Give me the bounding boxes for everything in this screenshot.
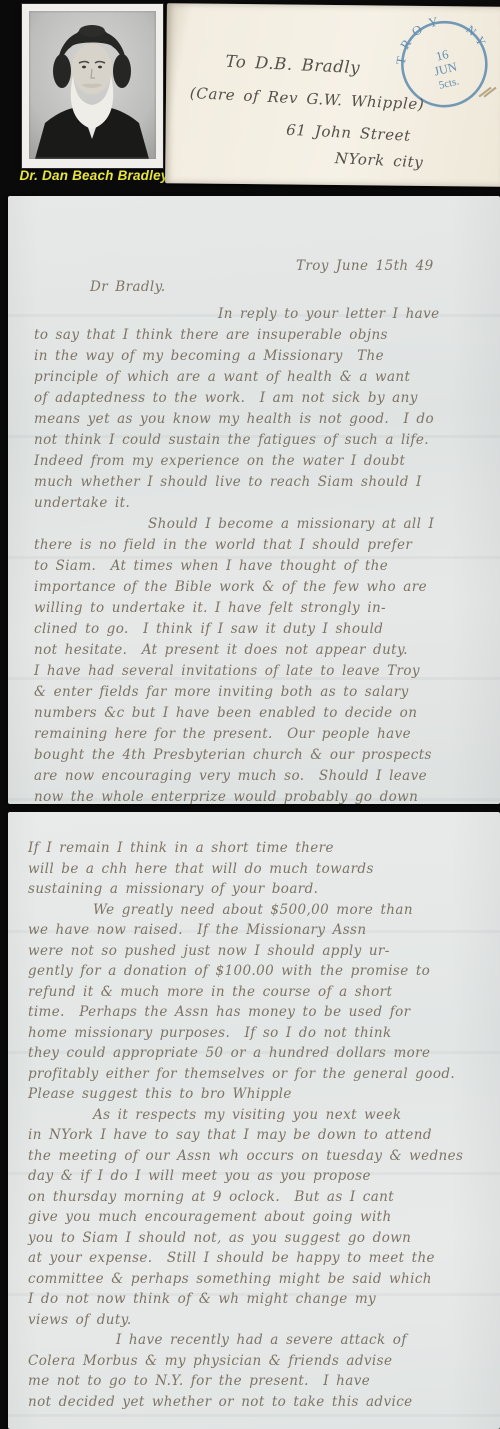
letter-line: willing to undertake it. I have felt str… <box>34 598 500 619</box>
letter-line: in the way of my becoming a Missionary T… <box>34 346 500 367</box>
letter-line: me not to go to N.Y. for the present. I … <box>28 1371 500 1392</box>
portrait-illustration <box>29 11 156 159</box>
letter-line: of adaptedness to the work. I am not sic… <box>34 388 500 409</box>
portrait-photo <box>22 4 163 168</box>
letter-line: sustaining a missionary of your board. <box>28 879 500 900</box>
letter-line: in NYork I have to say that I may be dow… <box>28 1125 500 1146</box>
letter-line: will be a chh here that will do much tow… <box>28 859 500 880</box>
letter-line: In reply to your letter I have <box>218 304 500 325</box>
letter-line: were not so pushed just now I should app… <box>28 941 500 962</box>
letter-line: numbers &c but I have been enabled to de… <box>34 703 500 724</box>
letter-line: on thursday morning at 9 oclock. But as … <box>28 1187 500 1208</box>
letter-line: now the whole enterprize would probably … <box>34 787 500 808</box>
portrait-caption: Dr. Dan Beach Bradley <box>14 168 174 183</box>
letter-line: to say that I think there are insuperabl… <box>34 325 500 346</box>
letter-line: not think I could sustain the fatigues o… <box>34 430 500 451</box>
letter-line: much whether I should live to reach Siam… <box>34 472 500 493</box>
letter-line: committee & perhaps something might be s… <box>28 1269 500 1290</box>
envelope-address: To D.B. Bradly (Care of Rev G.W. Whipple… <box>162 0 500 193</box>
letter-line: day & if I do I will meet you as you pro… <box>28 1166 500 1187</box>
letter-line: views of duty. <box>28 1310 500 1331</box>
letter-line: I do not now think of & wh might change … <box>28 1289 500 1310</box>
letter-line: home missionary purposes. If so I do not… <box>28 1023 500 1044</box>
letter-line: principle of which are a want of health … <box>34 367 500 388</box>
letter-line: clined to go. I think if I saw it duty I… <box>34 619 500 640</box>
letter-line: We greatly need about $500,00 more than <box>93 900 500 921</box>
letter-line: importance of the Bible work & of the fe… <box>34 577 500 598</box>
letter-line: Colera Morbus & my physician & friends a… <box>28 1351 500 1372</box>
letter-line: time. Perhaps the Assn has money to be u… <box>28 1002 500 1023</box>
address-line-city: NYork city <box>334 149 423 171</box>
letter-line: remaining here for the present. Our peop… <box>34 724 500 745</box>
letter-line: they could appropriate 50 or a hundred d… <box>28 1043 500 1064</box>
letter-line: Indeed from my experience on the water I… <box>34 451 500 472</box>
letter-line: Please suggest this to bro Whipple <box>28 1084 500 1105</box>
letter-line: not hesitate. At present it does not app… <box>34 640 500 661</box>
scanned-letter-composite: Dr. Dan Beach Bradley TROY NY 16 JUN 5ct… <box>0 0 500 1429</box>
letter-line: refund it & much more in the course of a… <box>28 982 500 1003</box>
letter-line: Should I become a missionary at all I <box>148 514 500 535</box>
letter-line: undertake it. <box>34 493 500 514</box>
address-line-care-of: (Care of Rev G.W. Whipple) <box>189 84 424 113</box>
letter-date-line: Troy June 15th 49 <box>296 256 500 277</box>
letter-line: means yet as you know my health is not g… <box>34 409 500 430</box>
address-line-recipient: To D.B. Bradly <box>225 52 361 78</box>
letter-line: give you much encouragement about going … <box>28 1207 500 1228</box>
letter-page-2: If I remain I think in a short time ther… <box>8 812 500 1429</box>
letter-line: If I remain I think in a short time ther… <box>28 838 500 859</box>
letter-line: the meeting of our Assn wh occurs on tue… <box>28 1146 500 1167</box>
letter-line: not decided yet whether or not to take t… <box>28 1392 500 1413</box>
letter-line: are now encouraging very much so. Should… <box>34 766 500 787</box>
letter-line: to Siam. At times when I have thought of… <box>34 556 500 577</box>
address-line-street: 61 John Street <box>286 121 411 145</box>
letter-page-1: Troy June 15th 49 Dr Bradly. In reply to… <box>8 196 500 804</box>
letter-line: bought the 4th Presbyterian church & our… <box>34 745 500 766</box>
letter-line: As it respects my visiting you next week <box>93 1105 500 1126</box>
envelope: TROY NY 16 JUN 5cts. To D.B. Bradly (Car… <box>165 3 500 187</box>
letter-line: you to Siam I should not, as you suggest… <box>28 1228 500 1249</box>
letter-line: at your expense. Still I should be happy… <box>28 1248 500 1269</box>
letter-line: & enter fields far more inviting both as… <box>34 682 500 703</box>
letter-line: I have recently had a severe attack of <box>116 1330 500 1351</box>
letter-line: I have had several invitations of late t… <box>34 661 500 682</box>
letter-line: there is no field in the world that I sh… <box>34 535 500 556</box>
letter-line: gently for a donation of $100.00 with th… <box>28 961 500 982</box>
letter-line: we have now raised. If the Missionary As… <box>28 920 500 941</box>
letter-salutation: Dr Bradly. <box>90 277 500 298</box>
letter-line: profitably either for themselves or for … <box>28 1064 500 1085</box>
